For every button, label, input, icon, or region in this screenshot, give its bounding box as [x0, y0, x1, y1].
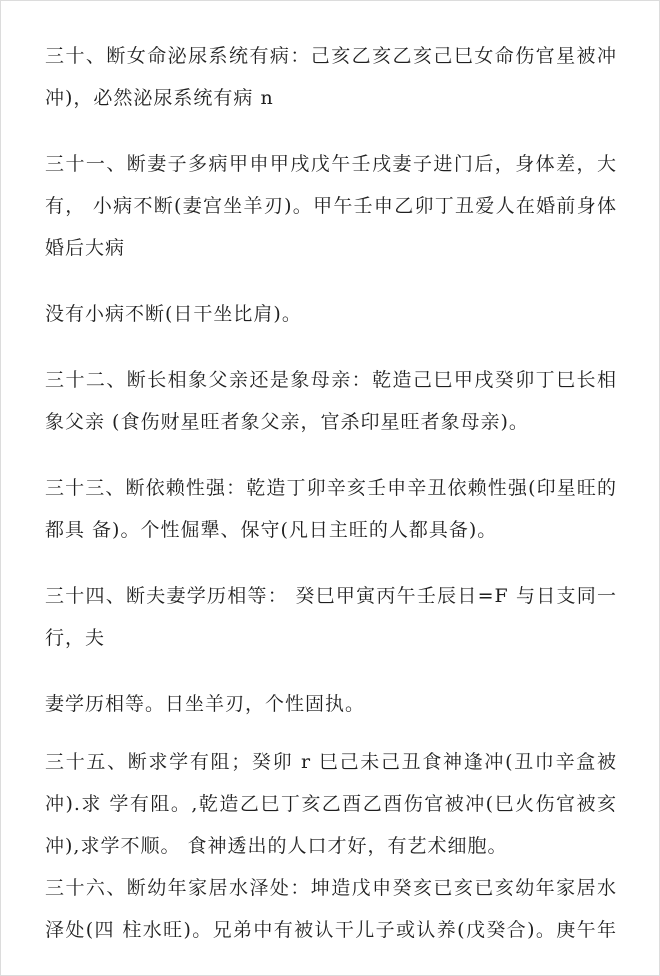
text-line-section34-2: 行，夫: [1, 617, 659, 659]
text-line-section31-3: 婚后大病: [1, 227, 659, 269]
text-line-section32-1: 三十二、断长相象父亲还是象母亲：乾造己巳甲戌癸卯丁巳长相: [1, 359, 659, 401]
document-page: 三十、断女命泌尿系统有病：己亥乙亥乙亥己巳女命伤官星被冲(巳亥 冲)，必然泌尿系…: [0, 0, 660, 976]
document-body: 三十、断女命泌尿系统有病：己亥乙亥乙亥己巳女命伤官星被冲(巳亥 冲)，必然泌尿系…: [1, 1, 659, 951]
text-line-section34-1: 三十四、断夫妻学历相等： 癸巳甲寅丙午壬辰日=F 与日支同一五: [1, 575, 659, 617]
text-line-section30-1: 三十、断女命泌尿系统有病：己亥乙亥乙亥己巳女命伤官星被冲(巳亥: [1, 35, 659, 77]
text-line-section33-1: 三十三、断依赖性强：乾造丁卯辛亥壬申辛丑依赖性强(印星旺的人: [1, 467, 659, 509]
text-line-section35-3: 冲),求学不顺。 食神透出的人口才好，有艺术细胞。: [1, 825, 659, 867]
text-line-section34-3: 妻学历相等。日坐羊刃，个性固执。: [1, 683, 659, 725]
text-line-section31-4: 没有小病不断(日干坐比肩)。: [1, 293, 659, 335]
text-line-section35-1: 三十五、断求学有阻；癸卯 r 巳己未己丑食神逢冲(丑巾辛盒被未: [1, 741, 659, 783]
text-line-section36-2: 泽处(四 柱水旺)。兄弟中有被认干儿子或认养(戊癸合)。庚午年与有妇: [1, 909, 659, 951]
text-line-section33-2: 都具 备)。个性倔犟、保守(凡日主旺的人都具备)。: [1, 509, 659, 551]
text-line-section31-1: 三十一、断妻子多病甲申甲戌戊午壬戌妻子进门后，身体差，大病没: [1, 143, 659, 185]
text-line-section32-2: 象父亲 (食伤财星旺者象父亲，官杀印星旺者象母亲)。: [1, 401, 659, 443]
text-line-section36-1: 三十六、断幼年家居水泽处：坤造戊申癸亥已亥已亥幼年家居水: [1, 867, 659, 909]
text-line-section31-2: 有， 小病不断(妻宫坐羊刃)。甲午壬申乙卯丁丑爱人在婚前身体好，: [1, 185, 659, 227]
text-line-section30-2: 冲)，必然泌尿系统有病 n: [1, 77, 659, 119]
text-line-section35-2: 冲).求 学有阻。,乾造乙巳丁亥乙酉乙酉伤官被冲(巳火伤官被亥: [1, 783, 659, 825]
